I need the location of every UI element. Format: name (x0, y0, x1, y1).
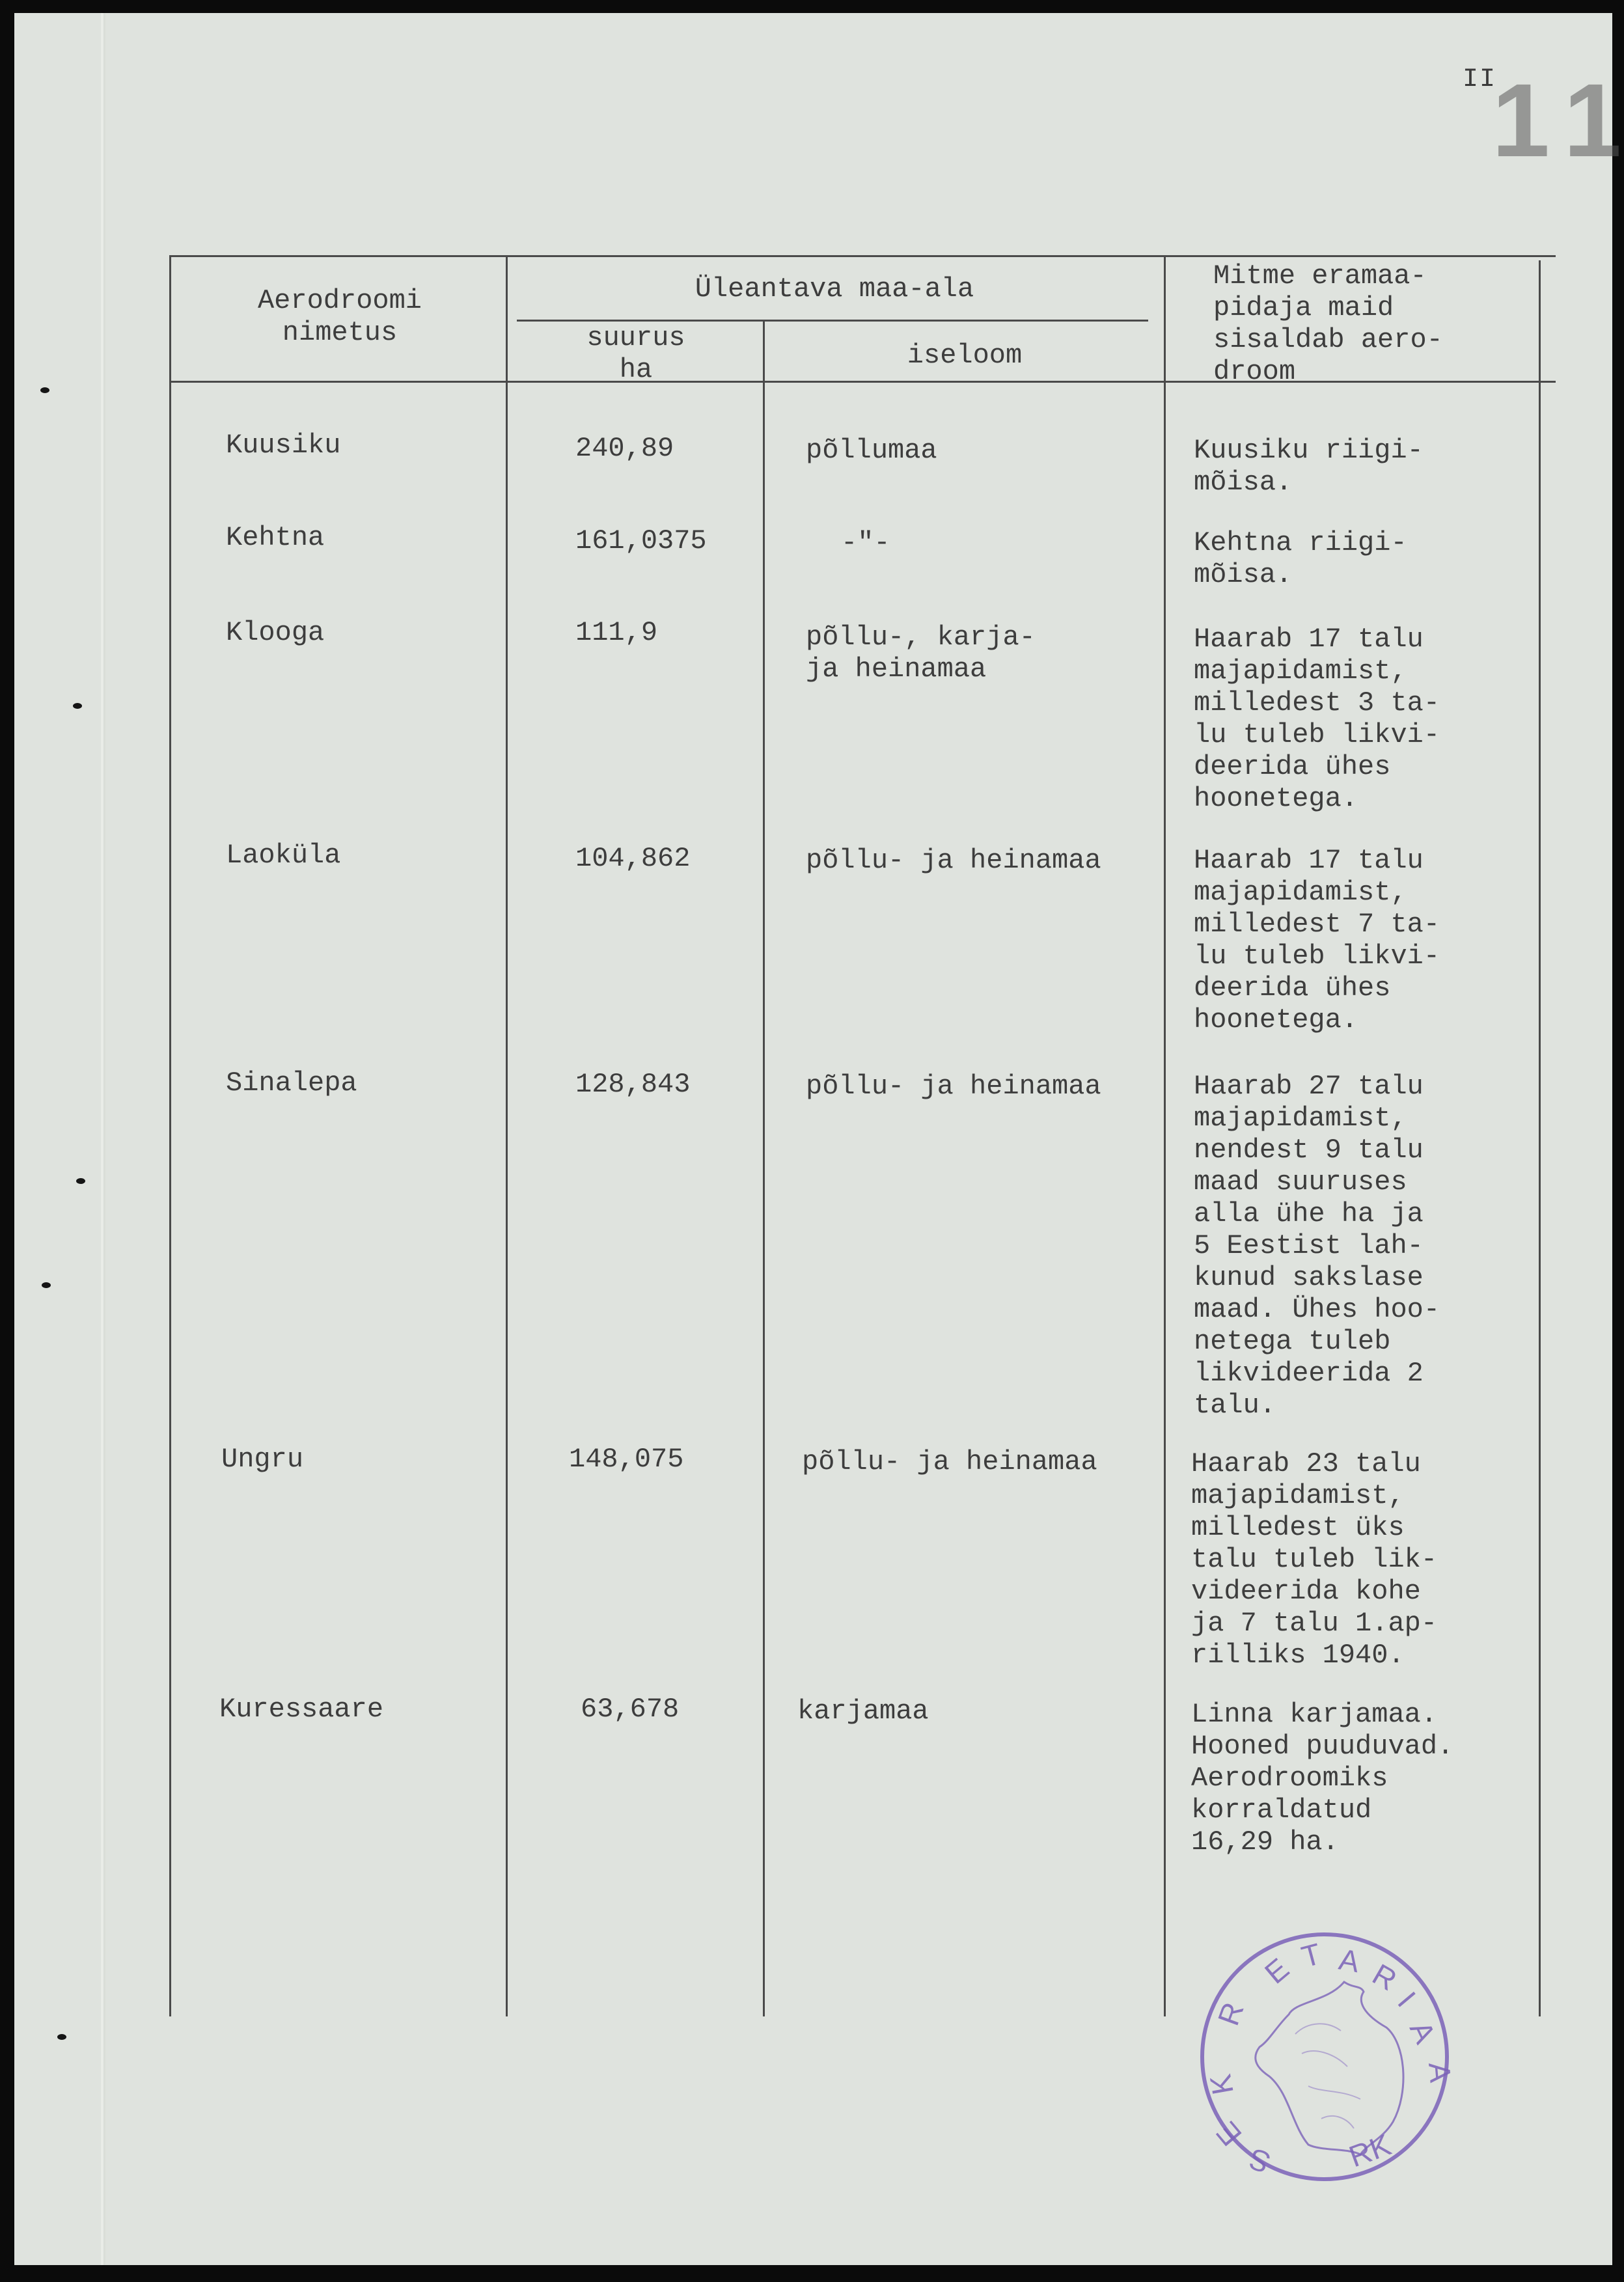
punch-hole (57, 2034, 66, 2040)
header-size-ha: suurus ha (509, 322, 763, 386)
group-header-rule (517, 320, 1148, 322)
cell-character: karjamaa (797, 1696, 929, 1727)
cell-name: Laoküla (226, 840, 340, 872)
cell-character: põllu- ja heinamaa (802, 1446, 1097, 1478)
cell-owners: Kuusiku riigi- mõisa. (1194, 435, 1424, 499)
cell-character: põllu-, karja- ja heinamaa (806, 622, 1036, 685)
document-page: II 11 Aerodroomi nimetus Üleantava maa-a… (14, 13, 1612, 2265)
cell-owners: Haarab 23 talu majapidamist, milledest ü… (1191, 1448, 1437, 1671)
paper-fold (101, 13, 103, 2265)
cell-owners: Kehtna riigi- mõisa. (1194, 527, 1407, 591)
col-rule-right (1539, 260, 1541, 2016)
cell-size: 161,0375 (575, 525, 707, 557)
svg-text:S: S (1245, 2141, 1275, 2180)
cell-size: 63,678 (581, 1694, 679, 1725)
cell-owners: Haarab 17 talu majapidamist, milledest 3… (1194, 624, 1440, 815)
header-owners: Mitme eramaa- pidaja maid sisaldab aero-… (1213, 260, 1443, 388)
punch-hole (40, 387, 49, 393)
svg-text:RK: RK (1345, 2128, 1396, 2174)
punch-hole (76, 1178, 85, 1184)
svg-text:T: T (1298, 1936, 1325, 1974)
cell-owners: Haarab 17 talu majapidamist, milledest 7… (1194, 845, 1440, 1036)
cell-owners: Linna karjamaa. Hooned puuduvad. Aerodro… (1191, 1699, 1453, 1858)
page-number-pencil: 11 (1492, 68, 1624, 172)
svg-text:A: A (1422, 2061, 1452, 2083)
col-rule-left (169, 255, 171, 2016)
svg-text:R: R (1367, 1957, 1403, 1998)
cell-size: 240,89 (575, 433, 674, 465)
col-rule-name-size (506, 255, 508, 2016)
cell-size: 148,075 (569, 1444, 683, 1476)
cell-name: Sinalepa (226, 1067, 357, 1099)
header-aerodrome-name: Aerodroomi nimetus (177, 285, 502, 349)
cell-name: Kehtna (226, 522, 324, 554)
punch-hole (73, 703, 82, 709)
svg-text:E: E (1258, 1951, 1295, 1990)
cell-owners: Haarab 27 talu majapidamist, nendest 9 t… (1194, 1071, 1440, 1422)
svg-text:K: K (1203, 2072, 1240, 2098)
header-character: iseloom (766, 340, 1163, 372)
svg-text:I: I (1391, 1985, 1422, 2013)
cell-name: Kuressaare (219, 1694, 383, 1725)
secretariat-stamp: K R E T A R I A A E S RK (1198, 1930, 1452, 2184)
cell-character: põllu- ja heinamaa (806, 845, 1101, 877)
table-top-rule (169, 255, 1556, 257)
header-transferred-area: Üleantava maa-ala (509, 273, 1160, 305)
svg-text:A: A (1336, 1942, 1362, 1979)
cell-size: 128,843 (575, 1069, 690, 1101)
cell-character: -"- (841, 527, 890, 559)
svg-text:R: R (1211, 1998, 1250, 2029)
cell-size: 111,9 (575, 617, 657, 649)
cell-character: põllu- ja heinamaa (806, 1071, 1101, 1103)
svg-text:A: A (1403, 2016, 1442, 2048)
cell-name: Ungru (221, 1444, 303, 1476)
cell-name: Kuusiku (226, 430, 340, 461)
cell-character: põllumaa (806, 435, 937, 467)
col-rule-character-owners (1164, 255, 1166, 2016)
punch-hole (42, 1282, 51, 1288)
cell-name: Klooga (226, 617, 324, 649)
col-rule-size-character (763, 320, 765, 2016)
cell-size: 104,862 (575, 843, 690, 875)
